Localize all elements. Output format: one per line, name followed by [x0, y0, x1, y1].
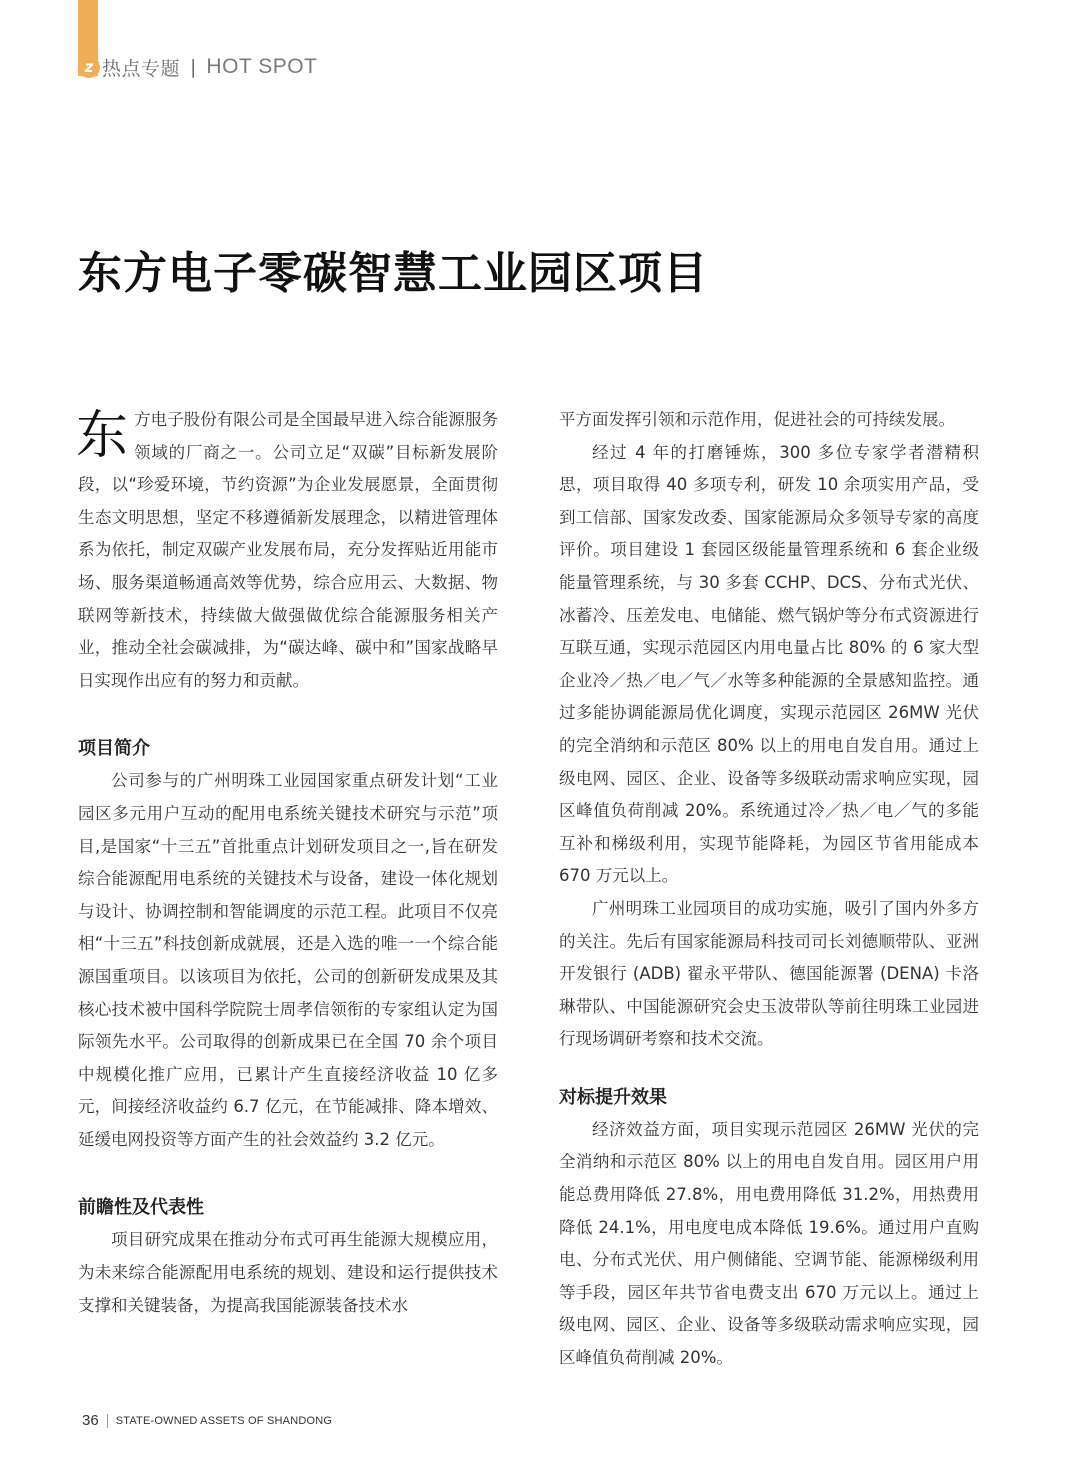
foresight-paragraph-part1: 项目研究成果在推动分布式可再生能源大规模应用，为未来综合能源配用电系统的规划、建…: [78, 1224, 498, 1322]
visits-paragraph: 广州明珠工业园项目的成功实施，吸引了国内外多方的关注。先后有国家能源局科技司司长…: [559, 893, 979, 1056]
section-heading-benchmark: 对标提升效果: [559, 1082, 979, 1114]
overview-paragraph: 公司参与的广州明珠工业园国家重点研发计划“工业园区多元用户互动的配用电系统关键技…: [78, 765, 498, 1156]
results-paragraph: 经过 4 年的打磨锤炼，300 多位专家学者潜精积思，项目取得 40 多项专利，…: [559, 437, 979, 893]
intro-paragraph: 东方电子股份有限公司是全国最早进入综合能源服务领域的厂商之一。公司立足“双碳”目…: [78, 404, 498, 697]
section-heading-foresight: 前瞻性及代表性: [78, 1192, 498, 1224]
publication-name: STATE-OWNED ASSETS OF SHANDONG: [116, 1415, 332, 1427]
section-heading-overview: 项目简介: [78, 733, 498, 765]
benchmark-paragraph: 经济效益方面，项目实现示范园区 26MW 光伏的完全消纳和示范区 80% 以上的…: [559, 1114, 979, 1375]
right-column: 平方面发挥引领和示范作用，促进社会的可持续发展。 经过 4 年的打磨锤炼，300…: [559, 404, 979, 1375]
section-label-cn: 热点专题: [102, 54, 180, 81]
magazine-logo-icon: z: [78, 56, 100, 78]
section-header: z 热点专题 | HOT SPOT: [78, 52, 317, 82]
header-separator: |: [190, 56, 196, 78]
page-footer: 36 STATE-OWNED ASSETS OF SHANDONG: [82, 1412, 332, 1429]
section-label-en: HOT SPOT: [206, 55, 317, 79]
drop-cap: 东: [76, 408, 128, 464]
foresight-paragraph-part2: 平方面发挥引领和示范作用，促进社会的可持续发展。: [559, 404, 979, 437]
footer-divider: [107, 1414, 108, 1428]
article-title: 东方电子零碳智慧工业园区项目: [78, 237, 708, 301]
left-column: 东方电子股份有限公司是全国最早进入综合能源服务领域的厂商之一。公司立足“双碳”目…: [78, 404, 498, 1322]
page-number: 36: [82, 1412, 99, 1429]
intro-text: 方电子股份有限公司是全国最早进入综合能源服务领域的厂商之一。公司立足“双碳”目标…: [78, 410, 498, 690]
